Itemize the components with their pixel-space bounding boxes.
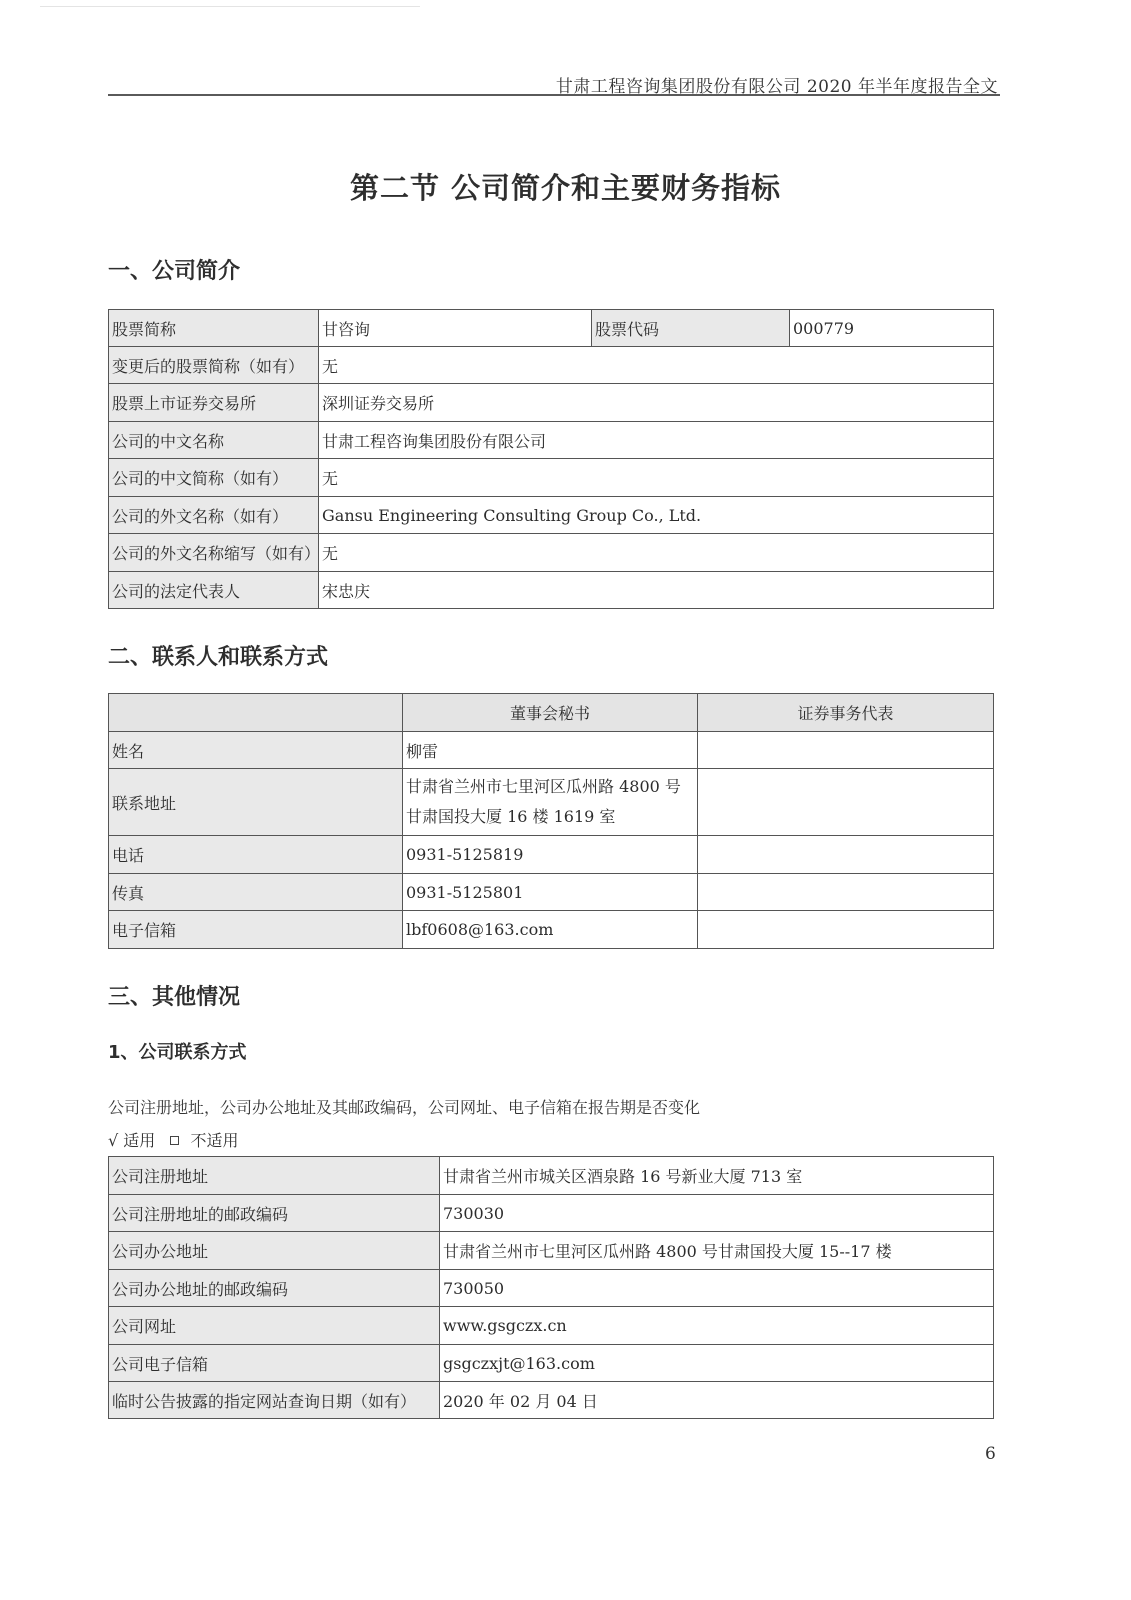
- cell-value: www.gsgczx.cn: [440, 1307, 994, 1345]
- table-row: 临时公告披露的指定网站查询日期（如有） 2020 年 02 月 04 日: [109, 1382, 994, 1419]
- company-profile-table: 股票简称 甘咨询 股票代码 000779 变更后的股票简称（如有） 无 股票上市…: [108, 309, 994, 609]
- cell-value: 无: [319, 459, 994, 497]
- not-applicable-label: 不适用: [191, 1131, 239, 1150]
- table-row: 公司办公地址 甘肃省兰州市七里河区瓜州路 4800 号甘肃国投大厦 15--17…: [109, 1232, 994, 1270]
- applicability-indicator: √ 适用 不适用: [108, 1128, 239, 1151]
- table-row: 公司注册地址 甘肃省兰州市城关区酒泉路 16 号新业大厦 713 室: [109, 1157, 994, 1195]
- table-row: 公司注册地址的邮政编码 730030: [109, 1195, 994, 1232]
- cell-label: 公司的中文简称（如有）: [109, 459, 319, 497]
- table-row: 公司的外文名称（如有） Gansu Engineering Consulting…: [109, 497, 994, 534]
- table-row: 传真 0931-5125801: [109, 874, 994, 911]
- cell-label: 电子信箱: [109, 911, 403, 949]
- cell-label: 临时公告披露的指定网站查询日期（如有）: [109, 1382, 440, 1419]
- cell-value: 无: [319, 534, 994, 572]
- cell-representative: [698, 836, 994, 874]
- cell-value: 甘肃省兰州市城关区酒泉路 16 号新业大厦 713 室: [440, 1157, 994, 1195]
- table-row: 公司的中文名称 甘肃工程咨询集团股份有限公司: [109, 422, 994, 459]
- cell-value: 000779: [790, 310, 994, 347]
- cell-representative: [698, 874, 994, 911]
- cell-value: 2020 年 02 月 04 日: [440, 1382, 994, 1419]
- cell-secretary: lbf0608@163.com: [403, 911, 698, 949]
- table-row: 联系地址 甘肃省兰州市七里河区瓜州路 4800 号甘肃国投大厦 16 楼 161…: [109, 769, 994, 836]
- cell-value: 730050: [440, 1270, 994, 1307]
- cell-value: gsgczxjt@163.com: [440, 1345, 994, 1382]
- cell-label: 变更后的股票简称（如有）: [109, 347, 319, 384]
- header-rule: [108, 94, 1000, 96]
- cell-value: 甘肃工程咨询集团股份有限公司: [319, 422, 994, 459]
- column-header-board-secretary: 董事会秘书: [403, 694, 698, 732]
- cell-label: 联系地址: [109, 769, 403, 836]
- table-row: 电子信箱 lbf0608@163.com: [109, 911, 994, 949]
- change-question-text: 公司注册地址，公司办公地址及其邮政编码，公司网址、电子信箱在报告期是否变化: [108, 1095, 700, 1118]
- contacts-table: 董事会秘书 证券事务代表 姓名 柳雷 联系地址 甘肃省兰州市七里河区瓜州路 48…: [108, 693, 994, 949]
- cell-label: 公司注册地址: [109, 1157, 440, 1195]
- cell-label: 公司的外文名称（如有）: [109, 497, 319, 534]
- cell-value: Gansu Engineering Consulting Group Co., …: [319, 497, 994, 534]
- cell-label: 公司电子信箱: [109, 1345, 440, 1382]
- empty-checkbox-icon: [170, 1136, 179, 1145]
- table-row: 姓名 柳雷: [109, 732, 994, 769]
- cell-label: 公司网址: [109, 1307, 440, 1345]
- cell-representative: [698, 911, 994, 949]
- cell-label: 公司的外文名称缩写（如有）: [109, 534, 319, 572]
- cell-value: 无: [319, 347, 994, 384]
- cell-representative: [698, 769, 994, 836]
- cell-label: 公司办公地址: [109, 1232, 440, 1270]
- cell-value: 深圳证券交易所: [319, 384, 994, 422]
- section-heading-contacts: 二、联系人和联系方式: [108, 640, 328, 671]
- page-number: 6: [985, 1444, 996, 1464]
- table-row: 股票简称 甘咨询 股票代码 000779: [109, 310, 994, 347]
- cell-label: 姓名: [109, 732, 403, 769]
- cell-secretary: 0931-5125819: [403, 836, 698, 874]
- cell-secretary: 柳雷: [403, 732, 698, 769]
- table-row: 公司办公地址的邮政编码 730050: [109, 1270, 994, 1307]
- table-row: 公司的外文名称缩写（如有） 无: [109, 534, 994, 572]
- cell-value: 宋忠庆: [319, 572, 994, 609]
- cell-label: 股票上市证券交易所: [109, 384, 319, 422]
- column-header-empty: [109, 694, 403, 732]
- cell-representative: [698, 732, 994, 769]
- table-header-row: 董事会秘书 证券事务代表: [109, 694, 994, 732]
- section-heading-other: 三、其他情况: [108, 980, 240, 1011]
- check-mark-icon: √: [108, 1131, 118, 1150]
- table-row: 公司的中文简称（如有） 无: [109, 459, 994, 497]
- cell-label: 传真: [109, 874, 403, 911]
- cell-label: 股票代码: [592, 310, 790, 347]
- table-row: 公司的法定代表人 宋忠庆: [109, 572, 994, 609]
- cell-value: 甘肃省兰州市七里河区瓜州路 4800 号甘肃国投大厦 15--17 楼: [440, 1232, 994, 1270]
- cell-label: 电话: [109, 836, 403, 874]
- table-row: 公司网址 www.gsgczx.cn: [109, 1307, 994, 1345]
- cell-label: 公司办公地址的邮政编码: [109, 1270, 440, 1307]
- applicable-label: 适用: [123, 1131, 155, 1150]
- cell-label: 公司的法定代表人: [109, 572, 319, 609]
- cell-label: 股票简称: [109, 310, 319, 347]
- section-heading-company-profile: 一、公司简介: [108, 254, 240, 285]
- cell-value: 730030: [440, 1195, 994, 1232]
- table-row: 变更后的股票简称（如有） 无: [109, 347, 994, 384]
- table-row: 公司电子信箱 gsgczxjt@163.com: [109, 1345, 994, 1382]
- company-contact-table: 公司注册地址 甘肃省兰州市城关区酒泉路 16 号新业大厦 713 室 公司注册地…: [108, 1156, 994, 1419]
- column-header-securities-rep: 证券事务代表: [698, 694, 994, 732]
- subsection-heading-company-contacts: 1、公司联系方式: [108, 1038, 247, 1064]
- cell-label: 公司的中文名称: [109, 422, 319, 459]
- table-row: 电话 0931-5125819: [109, 836, 994, 874]
- scan-edge-artifact: [40, 6, 420, 7]
- chapter-title: 第二节 公司简介和主要财务指标: [0, 166, 1131, 207]
- cell-value: 甘咨询: [319, 310, 592, 347]
- cell-label: 公司注册地址的邮政编码: [109, 1195, 440, 1232]
- table-row: 股票上市证券交易所 深圳证券交易所: [109, 384, 994, 422]
- cell-secretary: 甘肃省兰州市七里河区瓜州路 4800 号甘肃国投大厦 16 楼 1619 室: [403, 769, 698, 836]
- cell-secretary: 0931-5125801: [403, 874, 698, 911]
